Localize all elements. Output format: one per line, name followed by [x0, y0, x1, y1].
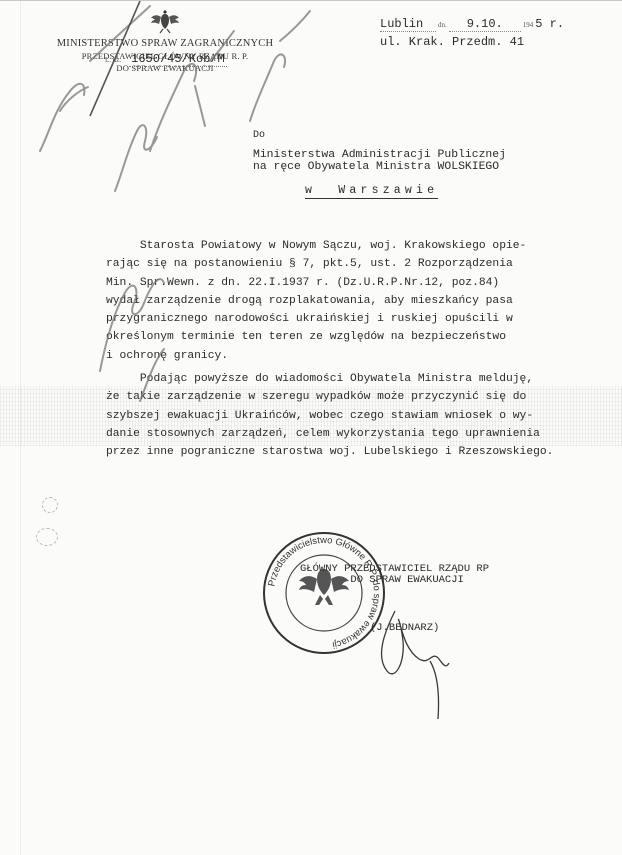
punch-hole-mark: [42, 497, 58, 513]
reference-number: L. dz. 1650/45/Kob/M: [105, 49, 227, 67]
year-prefix: 194: [523, 18, 534, 32]
sender-address: ul. Krak. Przedm. 41: [380, 35, 610, 49]
polish-eagle-icon: [150, 7, 180, 35]
to-label: Do: [253, 130, 265, 141]
body-paragraph: Starosta Powiatowy w Nowym Sączu, woj. K…: [106, 237, 616, 365]
handwritten-signature: [360, 601, 470, 721]
date-block: Lublin dn. 9.10. 194 5 r. ul. Krak. Prze…: [380, 17, 610, 49]
recipient-city: w Warszawie: [305, 184, 438, 199]
signatory-title: GŁÓWNY PRZEDSTAWICIEL RZĄDU RP DO SPRAW …: [300, 564, 489, 586]
date: 9.10.: [449, 17, 521, 32]
recipient-lines: Ministerstwa Administracji Publicznej na…: [253, 149, 506, 173]
year-suffix: 5 r.: [535, 17, 564, 31]
day-label: dn.: [438, 18, 447, 32]
letter-page: MINISTERSTWO SPRAW ZAGRANICZNYCH PRZEDST…: [0, 0, 622, 855]
punch-hole-mark: [36, 528, 58, 546]
reference-label: L. dz.: [105, 56, 121, 64]
place: Lublin: [380, 17, 436, 32]
reference-value: 1650/45/Kob/M: [129, 52, 227, 67]
body-paragraph: Podając powyższe do wiadomości Obywatela…: [106, 370, 616, 461]
letter-body: Starosta Powiatowy w Nowym Sączu, woj. K…: [106, 237, 616, 462]
